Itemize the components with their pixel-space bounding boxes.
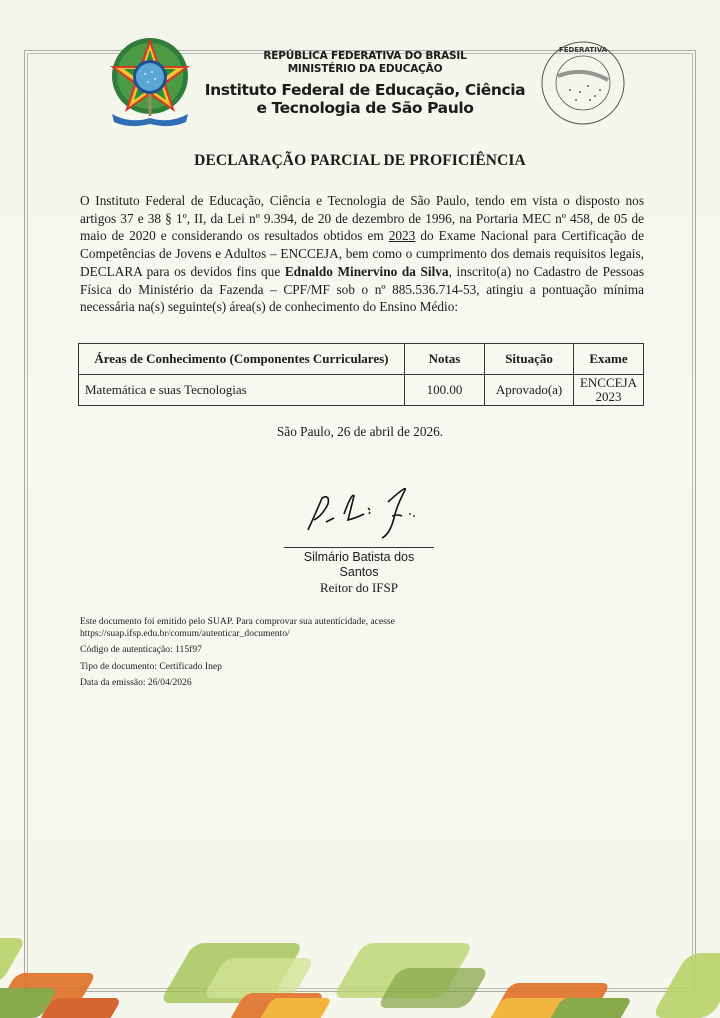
table-header-row: Áreas de Conhecimento (Componentes Curri… <box>79 344 644 375</box>
signature-line <box>284 547 434 548</box>
authentication-footer: Este documento foi emitido pelo SUAP. Pa… <box>80 616 440 689</box>
cell-area: Matemática e suas Tecnologias <box>79 375 405 406</box>
place-date: São Paulo, 26 de abril de 2026. <box>0 424 720 440</box>
national-seal-icon: FEDERATIVA <box>540 40 626 126</box>
auth-code: Código de autenticação: 115f97 <box>80 644 440 656</box>
candidate-name: Ednaldo Minervino da Silva <box>285 264 449 279</box>
cell-nota: 100.00 <box>404 375 484 406</box>
auth-url[interactable]: https://suap.ifsp.edu.br/comum/autentica… <box>80 628 440 640</box>
doc-type: Tipo de documento: Certificado Inep <box>80 661 440 673</box>
table-row: Matemática e suas Tecnologias 100.00 Apr… <box>79 375 644 406</box>
proficiency-table: Áreas de Conhecimento (Componentes Curri… <box>78 343 644 406</box>
document-title: DECLARAÇÃO PARCIAL DE PROFICIÊNCIA <box>0 152 720 170</box>
header-institute-line2: e Tecnologia de São Paulo <box>200 99 530 117</box>
cell-exame-name: ENCCEJA <box>580 376 637 390</box>
svg-text:FEDERATIVA: FEDERATIVA <box>559 46 608 54</box>
col-header-area: Áreas de Conhecimento (Componentes Curri… <box>79 344 405 375</box>
cell-exame-year: 2023 <box>580 390 637 404</box>
cell-situacao: Aprovado(a) <box>485 375 574 406</box>
signer-name: Silmário Batista dos Santos <box>284 550 434 580</box>
decorative-shapes-band <box>0 898 720 1018</box>
cell-exame: ENCCEJA2023 <box>573 375 643 406</box>
auth-note-line1: Este documento foi emitido pelo SUAP. Pa… <box>80 616 440 628</box>
exam-year: 2023 <box>389 228 416 243</box>
declaration-paragraph: O Instituto Federal de Educação, Ciência… <box>80 192 644 316</box>
header-republic: REPÚBLICA FEDERATIVA DO BRASIL <box>200 50 530 63</box>
col-header-exame: Exame <box>573 344 643 375</box>
col-header-situacao: Situação <box>485 344 574 375</box>
brazil-coat-of-arms-icon <box>100 32 200 132</box>
signature-icon <box>300 478 440 543</box>
header-institute-line1: Instituto Federal de Educação, Ciência <box>200 81 530 99</box>
issue-date: Data da emissão: 26/04/2026 <box>80 677 440 689</box>
col-header-notas: Notas <box>404 344 484 375</box>
institution-header: REPÚBLICA FEDERATIVA DO BRASIL MINISTÉRI… <box>200 50 530 117</box>
signer-role: Reitor do IFSP <box>284 580 434 596</box>
header-ministry: MINISTÉRIO DA EDUCAÇÃO <box>200 63 530 76</box>
